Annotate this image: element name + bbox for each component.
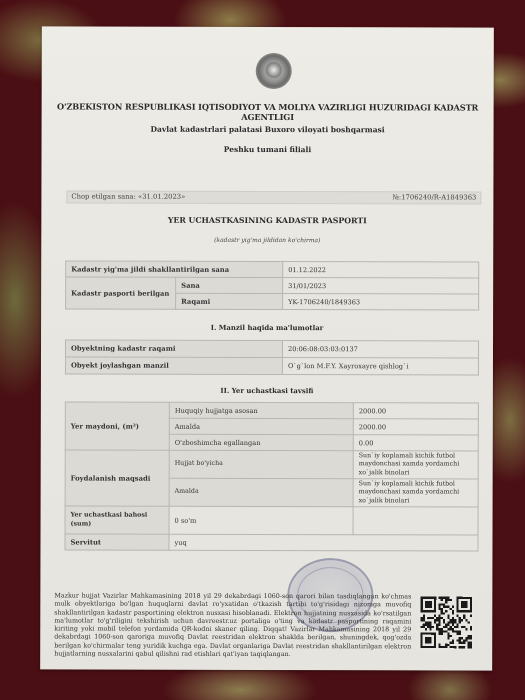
table-row: Foydalanish maqsadi Hujjat bo'yicha Sun`… — [65, 450, 478, 479]
address-label: Obyekt joylashgan manzil — [65, 357, 282, 375]
purpose-document-value: Sun`iy koplamali kichik futbol maydoncha… — [353, 451, 478, 479]
issue-date-label: Sana — [176, 277, 283, 293]
purpose-actual-label: Amalda — [169, 478, 353, 506]
table-row: Yer maydoni, (m²) Huquqiy hujjatga asosa… — [65, 402, 478, 419]
agency-name: O'ZBEKISTON RESPUBLIKASI IQTISODIYOT VA … — [42, 101, 494, 122]
table-row: Obyektning kadastr raqami 20:06:08:03:03… — [65, 340, 478, 358]
area-unauthorized-value: 0.00 — [353, 435, 478, 451]
issue-date-value: 31/01/2023 — [283, 278, 479, 295]
table-row: Obyekt joylashgan manzil O`g`lon M.F.Y. … — [65, 357, 478, 375]
issued-label: Kadastr pasporti berilgan — [66, 277, 176, 309]
servitude-label: Servitut — [65, 534, 169, 550]
issue-number-label: Raqami — [176, 293, 283, 309]
area-actual-value: 2000.00 — [353, 419, 478, 435]
table-row: Kadastr yig'ma jildi shakllantirilgan sa… — [66, 261, 479, 278]
legal-footer-text: Mazkur hujjat Vazirlar Mahkamasining 201… — [54, 592, 411, 659]
document-title: YER UCHASTKASINING KADASTR PASPORTI — [41, 215, 493, 225]
valuation-value: 0 so'm — [169, 506, 353, 534]
print-info-bar: Chop etilgan sana: «31.01.2023» №:170624… — [66, 190, 481, 204]
purpose-actual-value: Sun`iy koplamali kichik futbol maydoncha… — [353, 479, 478, 507]
section-1-title: I. Manzil haqida ma'lumotlar — [41, 323, 493, 332]
passport-info-table: Kadastr yig'ma jildi shakllantirilgan sa… — [65, 260, 479, 310]
land-description-table: Yer maydoni, (m²) Huquqiy hujjatga asosa… — [64, 401, 478, 551]
servitude-value: yuq — [169, 534, 478, 551]
formed-date-label: Kadastr yig'ma jildi shakllantirilgan sa… — [66, 261, 283, 278]
printed-date: Chop etilgan sana: «31.01.2023» — [71, 191, 185, 202]
qr-code-icon[interactable] — [418, 594, 474, 650]
chamber-name: Davlat kadastrlari palatasi Buxoro viloy… — [42, 124, 494, 134]
table-row: Yer uchastkasi bahosi (sum) 0 so'm — [65, 506, 478, 535]
valuation-label: Yer uchastkasi bahosi (sum) — [65, 506, 169, 534]
purpose-document-label: Hujjat bo'yicha — [169, 450, 353, 478]
document-number: №:1706240/R-A1849363 — [392, 192, 476, 203]
area-actual-label: Amalda — [169, 418, 353, 434]
document-page: O'ZBEKISTON RESPUBLIKASI IQTISODIYOT VA … — [40, 26, 494, 670]
formed-date-value: 01.12.2022 — [283, 262, 479, 279]
cadastral-number-value: 20:06:08:03:03:0137 — [282, 341, 478, 359]
table-row: Kadastr pasporti berilgan Sana 31/01/202… — [66, 277, 479, 294]
branch-name: Peshku tumani filiali — [42, 144, 494, 154]
cadastral-number-label: Obyektning kadastr raqami — [65, 340, 282, 358]
purpose-label: Foydalanish maqsadi — [65, 450, 169, 506]
area-legal-value: 2000.00 — [353, 403, 478, 419]
table-row: Servitut yuq — [65, 534, 478, 551]
state-emblem-icon — [256, 53, 292, 89]
valuation-empty — [353, 507, 478, 535]
area-label: Yer maydoni, (m²) — [65, 402, 169, 450]
issue-number-value: YK-1706240/1849363 — [283, 294, 479, 311]
area-legal-label: Huquqiy hujjatga asosan — [169, 402, 353, 418]
section-2-title: II. Yer uchastkasi tavsifi — [41, 386, 493, 395]
area-unauthorized-label: O'zboshimcha egallangan — [169, 434, 353, 450]
address-table: Obyektning kadastr raqami 20:06:08:03:03… — [65, 339, 479, 375]
document-subtitle: (kadastr yig'ma jildidan ko'chirma) — [41, 236, 493, 244]
address-value: O`g`lon M.F.Y. Xayroxayre qishlog`i — [282, 358, 478, 376]
